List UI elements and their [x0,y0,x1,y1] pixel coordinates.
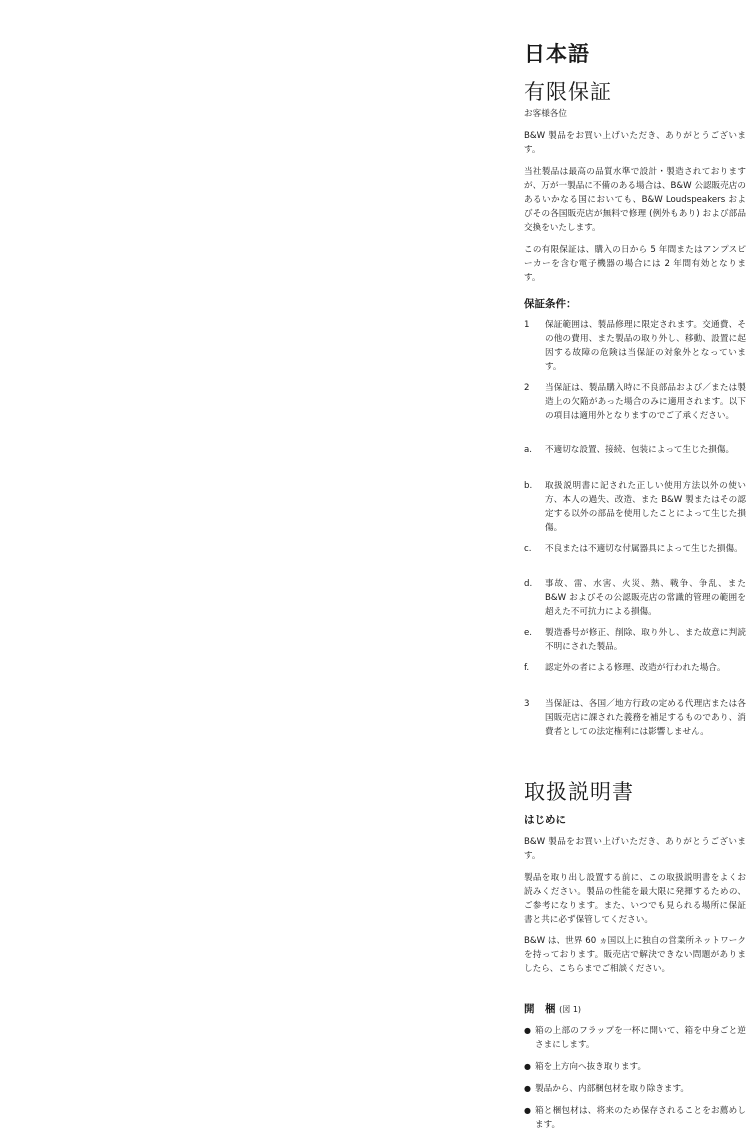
unpacking-step: ● 箱を上方向へ抜き取ります。 [524,1060,746,1074]
unpacking-step-text: 箱を上方向へ抜き取ります。 [535,1060,746,1074]
warranty-salutation: お客様各位 [524,107,746,121]
condition-text: 保証範囲は、製品修理に限定されます。交通費、その他の費用、また製品の取り外し、移… [545,318,746,374]
manual-paragraph: 製品を取り出し設置する前に、この取扱説明書をよくお読みください。製品の性能を最大… [524,871,746,927]
conditions-heading: 保証条件： [524,297,577,311]
bullet-icon: ● [524,1104,535,1132]
unpacking-step-text: 箱の上部のフラップを一杯に開いて、箱を中身ごと逆さまにします。 [535,1024,746,1052]
condition-item: f. 認定外の者による修理、改造が行われた場合。 [524,661,746,675]
condition-text: 不適切な設置、接続、包装によって生じた損傷。 [545,443,746,457]
unpacking-step: ● 箱の上部のフラップを一杯に開いて、箱を中身ごと逆さまにします。 [524,1024,746,1052]
condition-marker: 1 [524,318,545,374]
condition-marker: e. [524,626,545,654]
language-heading: 日本語 [524,40,590,68]
condition-marker: a. [524,443,545,457]
condition-text: 製造番号が修正、削除、取り外し、また故意に判読不明にされた製品。 [545,626,746,654]
condition-text: 当保証は、製品購入時に不良部品および／または製造上の欠陥があった場合のみに適用さ… [545,381,746,423]
unpacking-heading-text: 開 梱 [524,1003,556,1015]
condition-item: a. 不適切な設置、接続、包装によって生じた損傷。 [524,443,746,457]
condition-marker: c. [524,542,545,556]
condition-text: 事故、雷、水害、火災、熱、戦争、争乱、また B&W およびその公認販売店の常識的… [545,577,746,619]
condition-marker: 2 [524,381,545,423]
condition-marker: b. [524,479,545,535]
bullet-icon: ● [524,1060,535,1074]
unpacking-step: ● 製品から、内部梱包材を取り除きます。 [524,1082,746,1096]
condition-item: 1 保証範囲は、製品修理に限定されます。交通費、その他の費用、また製品の取り外し… [524,318,746,374]
condition-item: d. 事故、雷、水害、火災、熱、戦争、争乱、また B&W およびその公認販売店の… [524,577,746,619]
warranty-paragraph: B&W 製品をお買い上げいただき、ありがとうございます。 [524,129,746,157]
warranty-title: 有限保証 [524,78,612,106]
condition-item: 2 当保証は、製品購入時に不良部品および／または製造上の欠陥があった場合のみに適… [524,381,746,423]
warranty-paragraph: 当社製品は最高の品質水準で設計・製造されておりますが、万が一製品に不備のある場合… [524,165,746,235]
manual-title: 取扱説明書 [524,778,634,806]
condition-item: 3 当保証は、各国／地方行政の定める代理店または各国販売店に課された義務を補足す… [524,697,746,739]
unpacking-step-text: 箱と梱包材は、将来のため保存されることをお薦めします。 [535,1104,746,1132]
figure-reference: (図 1) [559,1005,581,1014]
condition-item: e. 製造番号が修正、削除、取り外し、また故意に判読不明にされた製品。 [524,626,746,654]
bullet-icon: ● [524,1082,535,1096]
warranty-paragraph: この有限保証は、購入の日から 5 年間またはアンプスピーカーを含む電子機器の場合… [524,243,746,285]
intro-heading: はじめに [524,813,566,827]
unpacking-heading: 開 梱 (図 1) [524,1002,581,1017]
condition-marker: 3 [524,697,545,739]
bullet-icon: ● [524,1024,535,1052]
condition-text: 取扱説明書に記された正しい使用方法以外の使い方、本人の過失、改造、また B&W … [545,479,746,535]
condition-marker: f. [524,661,545,675]
condition-marker: d. [524,577,545,619]
condition-text: 認定外の者による修理、改造が行われた場合。 [545,661,746,675]
manual-paragraph: B&W は、世界 60 ヵ国以上に独自の営業所ネットワークを持っております。販売… [524,934,746,976]
condition-item: c. 不良または不適切な付属器具によって生じた損傷。 [524,542,746,556]
unpacking-step: ● 箱と梱包材は、将来のため保存されることをお薦めします。 [524,1104,746,1132]
condition-text: 不良または不適切な付属器具によって生じた損傷。 [545,542,746,556]
manual-paragraph: B&W 製品をお買い上げいただき、ありがとうございます。 [524,835,746,863]
unpacking-step-text: 製品から、内部梱包材を取り除きます。 [535,1082,746,1096]
condition-text: 当保証は、各国／地方行政の定める代理店または各国販売店に課された義務を補足するも… [545,697,746,739]
condition-item: b. 取扱説明書に記された正しい使用方法以外の使い方、本人の過失、改造、また B… [524,479,746,535]
